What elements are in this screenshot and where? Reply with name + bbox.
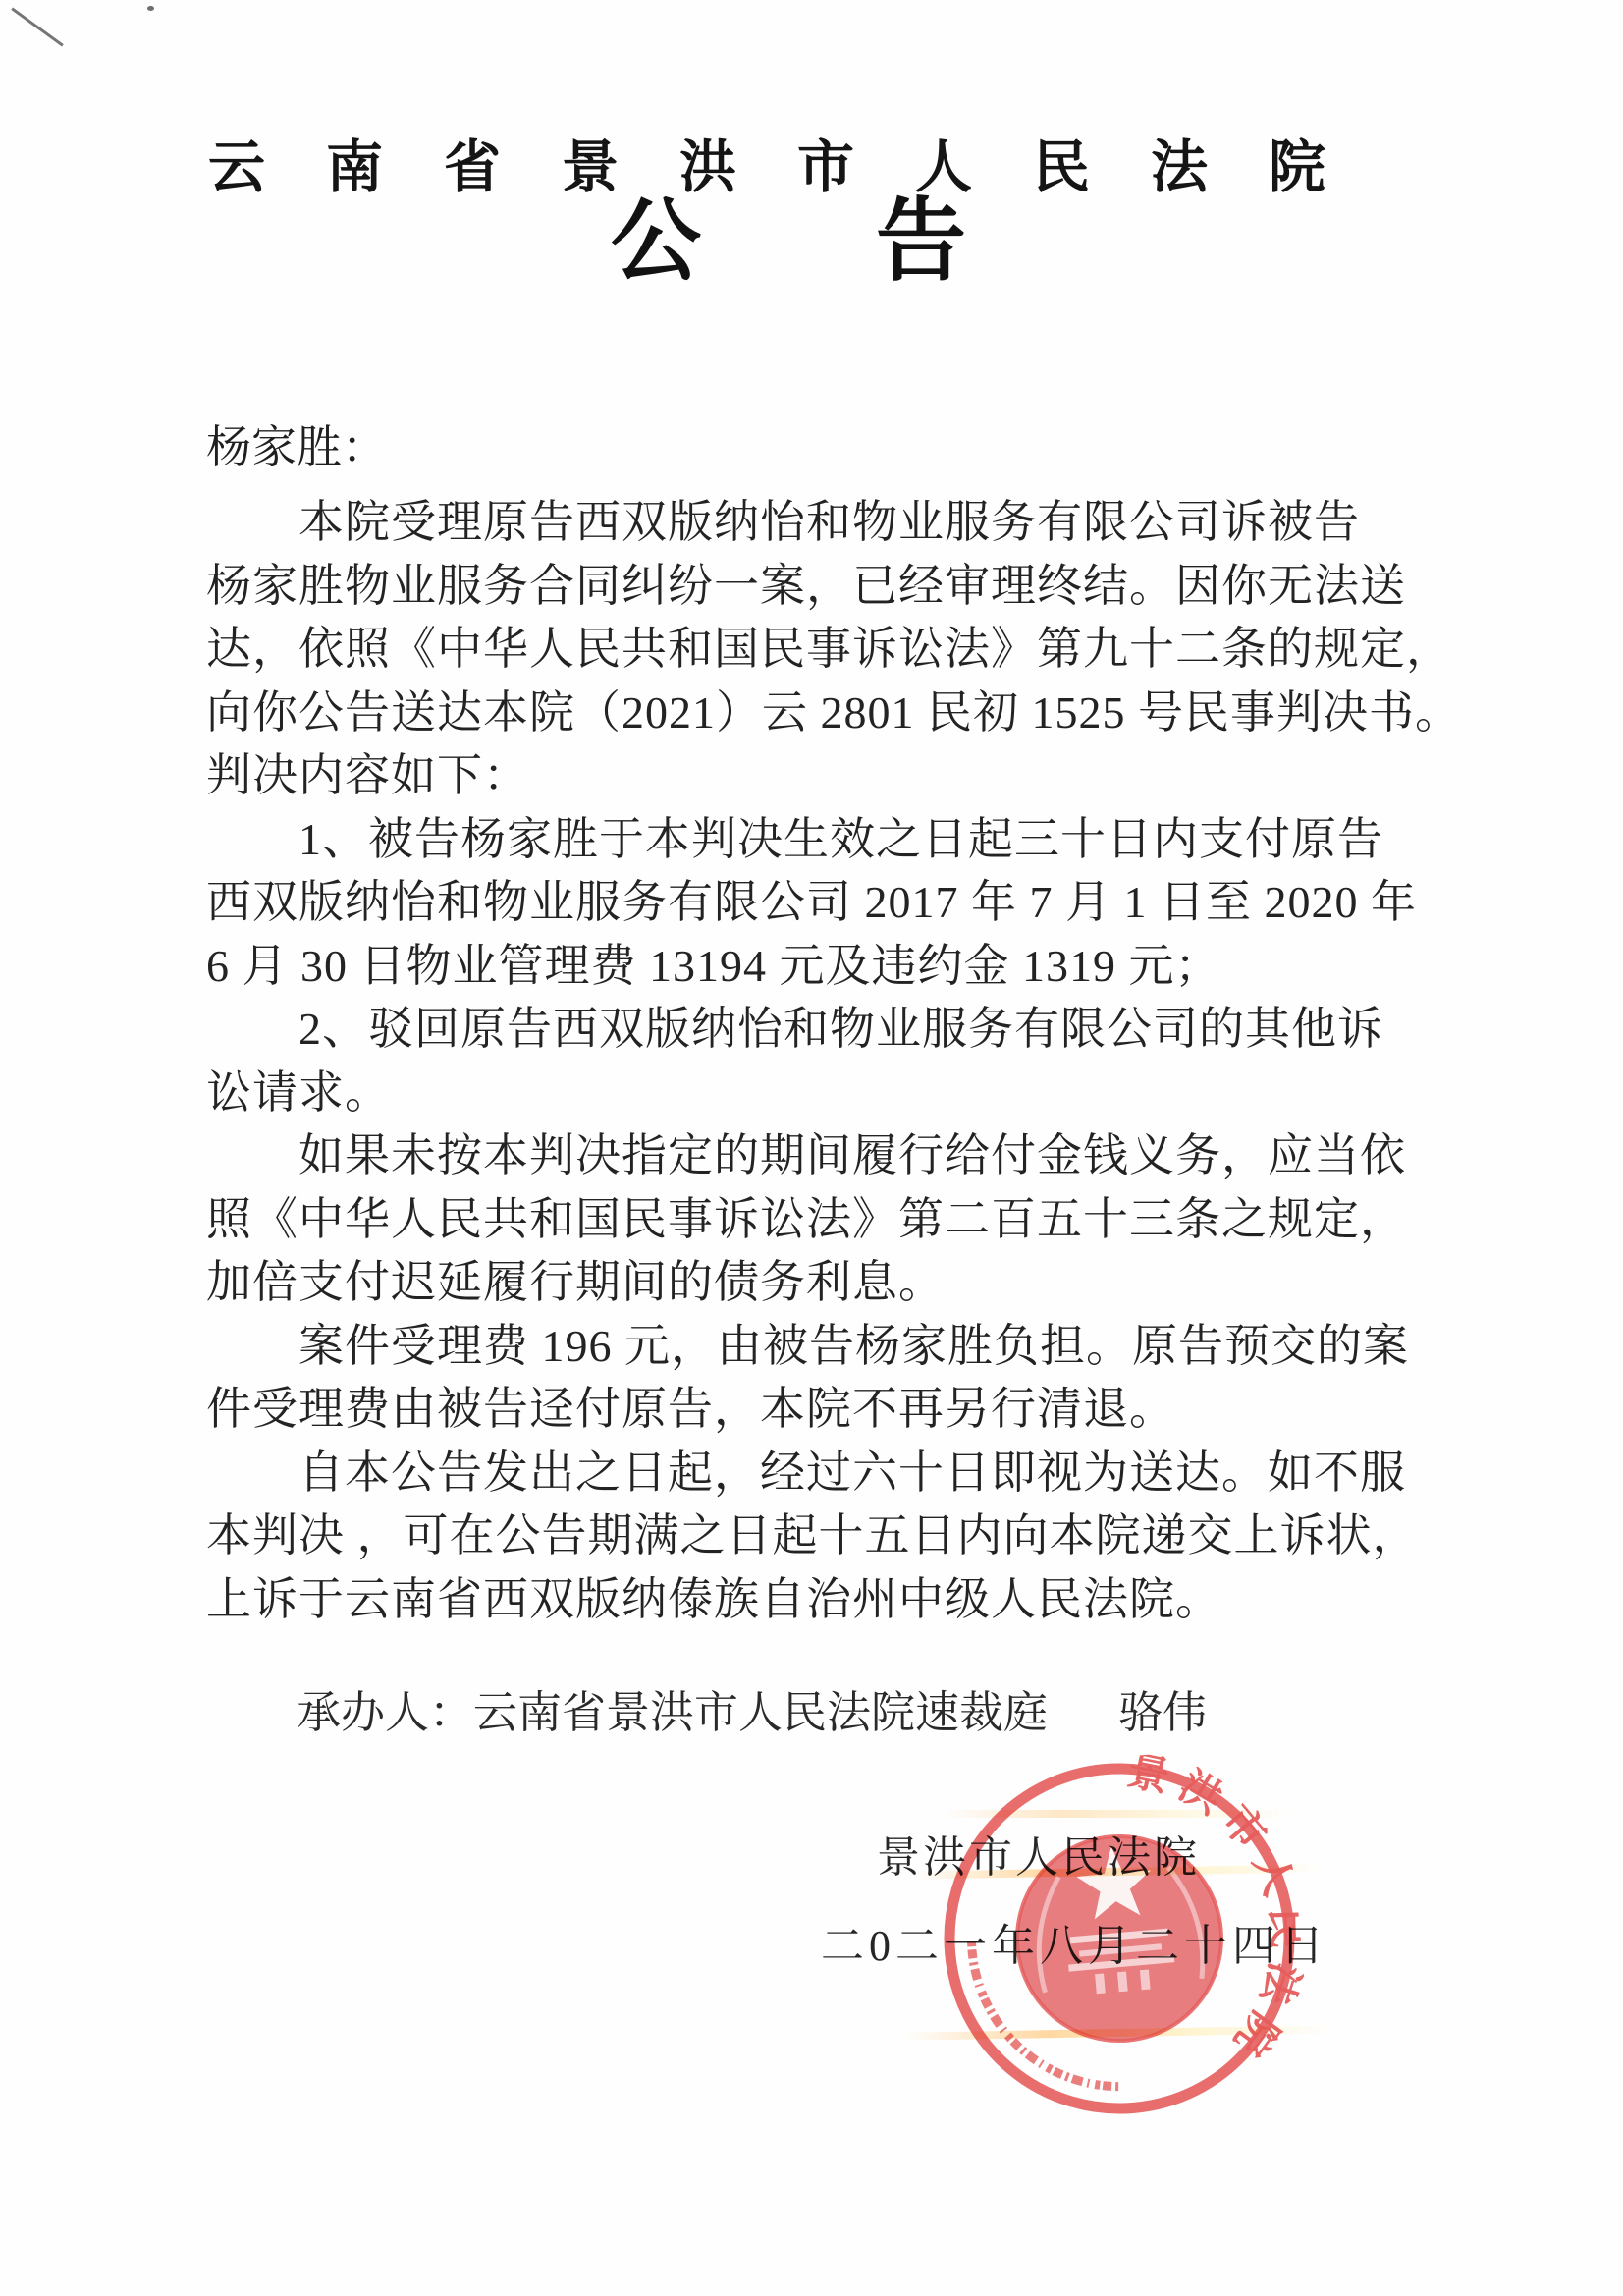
body-line: 2、驳回原告西双版纳怡和物业服务有限公司的其他诉 <box>206 998 1394 1062</box>
addressee: 杨家胜： <box>206 416 387 479</box>
body-line: 6 月 30 日物业管理费 13194 元及违约金 1319 元； <box>206 935 1394 999</box>
body-line: 讼请求。 <box>206 1062 1394 1125</box>
handler-label: 承办人： <box>297 1688 473 1737</box>
seal-emblem-detail <box>1117 1972 1128 1993</box>
body-line: 西双版纳怡和物业服务有限公司 2017 年 7 月 1 日至 2020 年 <box>206 871 1394 935</box>
body-line: 本院受理原告西双版纳怡和物业服务有限公司诉被告 <box>206 491 1394 555</box>
notice-title: 公告 <box>611 192 1141 291</box>
court-notice-document: 云南省景洪市人民法院 公告 杨家胜： 本院受理原告西双版纳怡和物业服务有限公司诉… <box>0 0 1623 2296</box>
body-line: 如果未按本判决指定的期间履行给付金钱义务，应当依 <box>206 1124 1394 1188</box>
seal-emblem-detail <box>1140 1970 1151 1991</box>
handler-line: 承办人：云南省景洪市人民法院速裁庭骆伟 <box>297 1681 1207 1744</box>
body-line: 向你公告送达本院（2021）云 2801 民初 1525 号民事判决书。 <box>206 682 1394 745</box>
body-line: 达，依照《中华人民共和国民事诉讼法》第九十二条的规定， <box>206 618 1394 682</box>
body-line: 1、被告杨家胜于本判决生效之日起三十日内支付原告 <box>206 808 1394 872</box>
scan-artifact-line <box>11 7 64 46</box>
court-seal-graphic: 景洪市人民法院 <box>924 1743 1316 2135</box>
official-court-seal: 景洪市人民法院 <box>924 1743 1316 2135</box>
body-line: 上诉于云南省西双版纳傣族自治州中级人民法院。 <box>206 1568 1394 1632</box>
body-line: 件受理费由被告迳付原告，本院不再另行清退。 <box>206 1378 1394 1442</box>
notice-body: 本院受理原告西双版纳怡和物业服务有限公司诉被告 杨家胜物业服务合同纠纷一案，已经… <box>206 491 1394 1631</box>
scan-artifact-dot <box>147 6 154 11</box>
body-line: 杨家胜物业服务合同纠纷一案，已经审理终结。因你无法送 <box>206 555 1394 619</box>
body-line: 加倍支付迟延履行期间的债务利息。 <box>206 1251 1394 1315</box>
handler-name: 骆伟 <box>1118 1688 1207 1737</box>
handler-court: 云南省景洪市人民法院速裁庭 <box>473 1688 1048 1737</box>
body-line: 本判决 ，可在公告期满之日起十五日内向本院递交上诉状， <box>206 1504 1394 1568</box>
body-line: 自本公告发出之日起，经过六十日即视为送达。如不服 <box>206 1442 1394 1505</box>
body-line: 照《中华人民共和国民事诉讼法》第二百五十三条之规定， <box>206 1188 1394 1252</box>
body-line: 案件受理费 196 元，由被告杨家胜负担。原告预交的案 <box>206 1315 1394 1379</box>
body-line: 判决内容如下： <box>206 744 1394 808</box>
seal-emblem-detail <box>1095 1974 1106 1995</box>
